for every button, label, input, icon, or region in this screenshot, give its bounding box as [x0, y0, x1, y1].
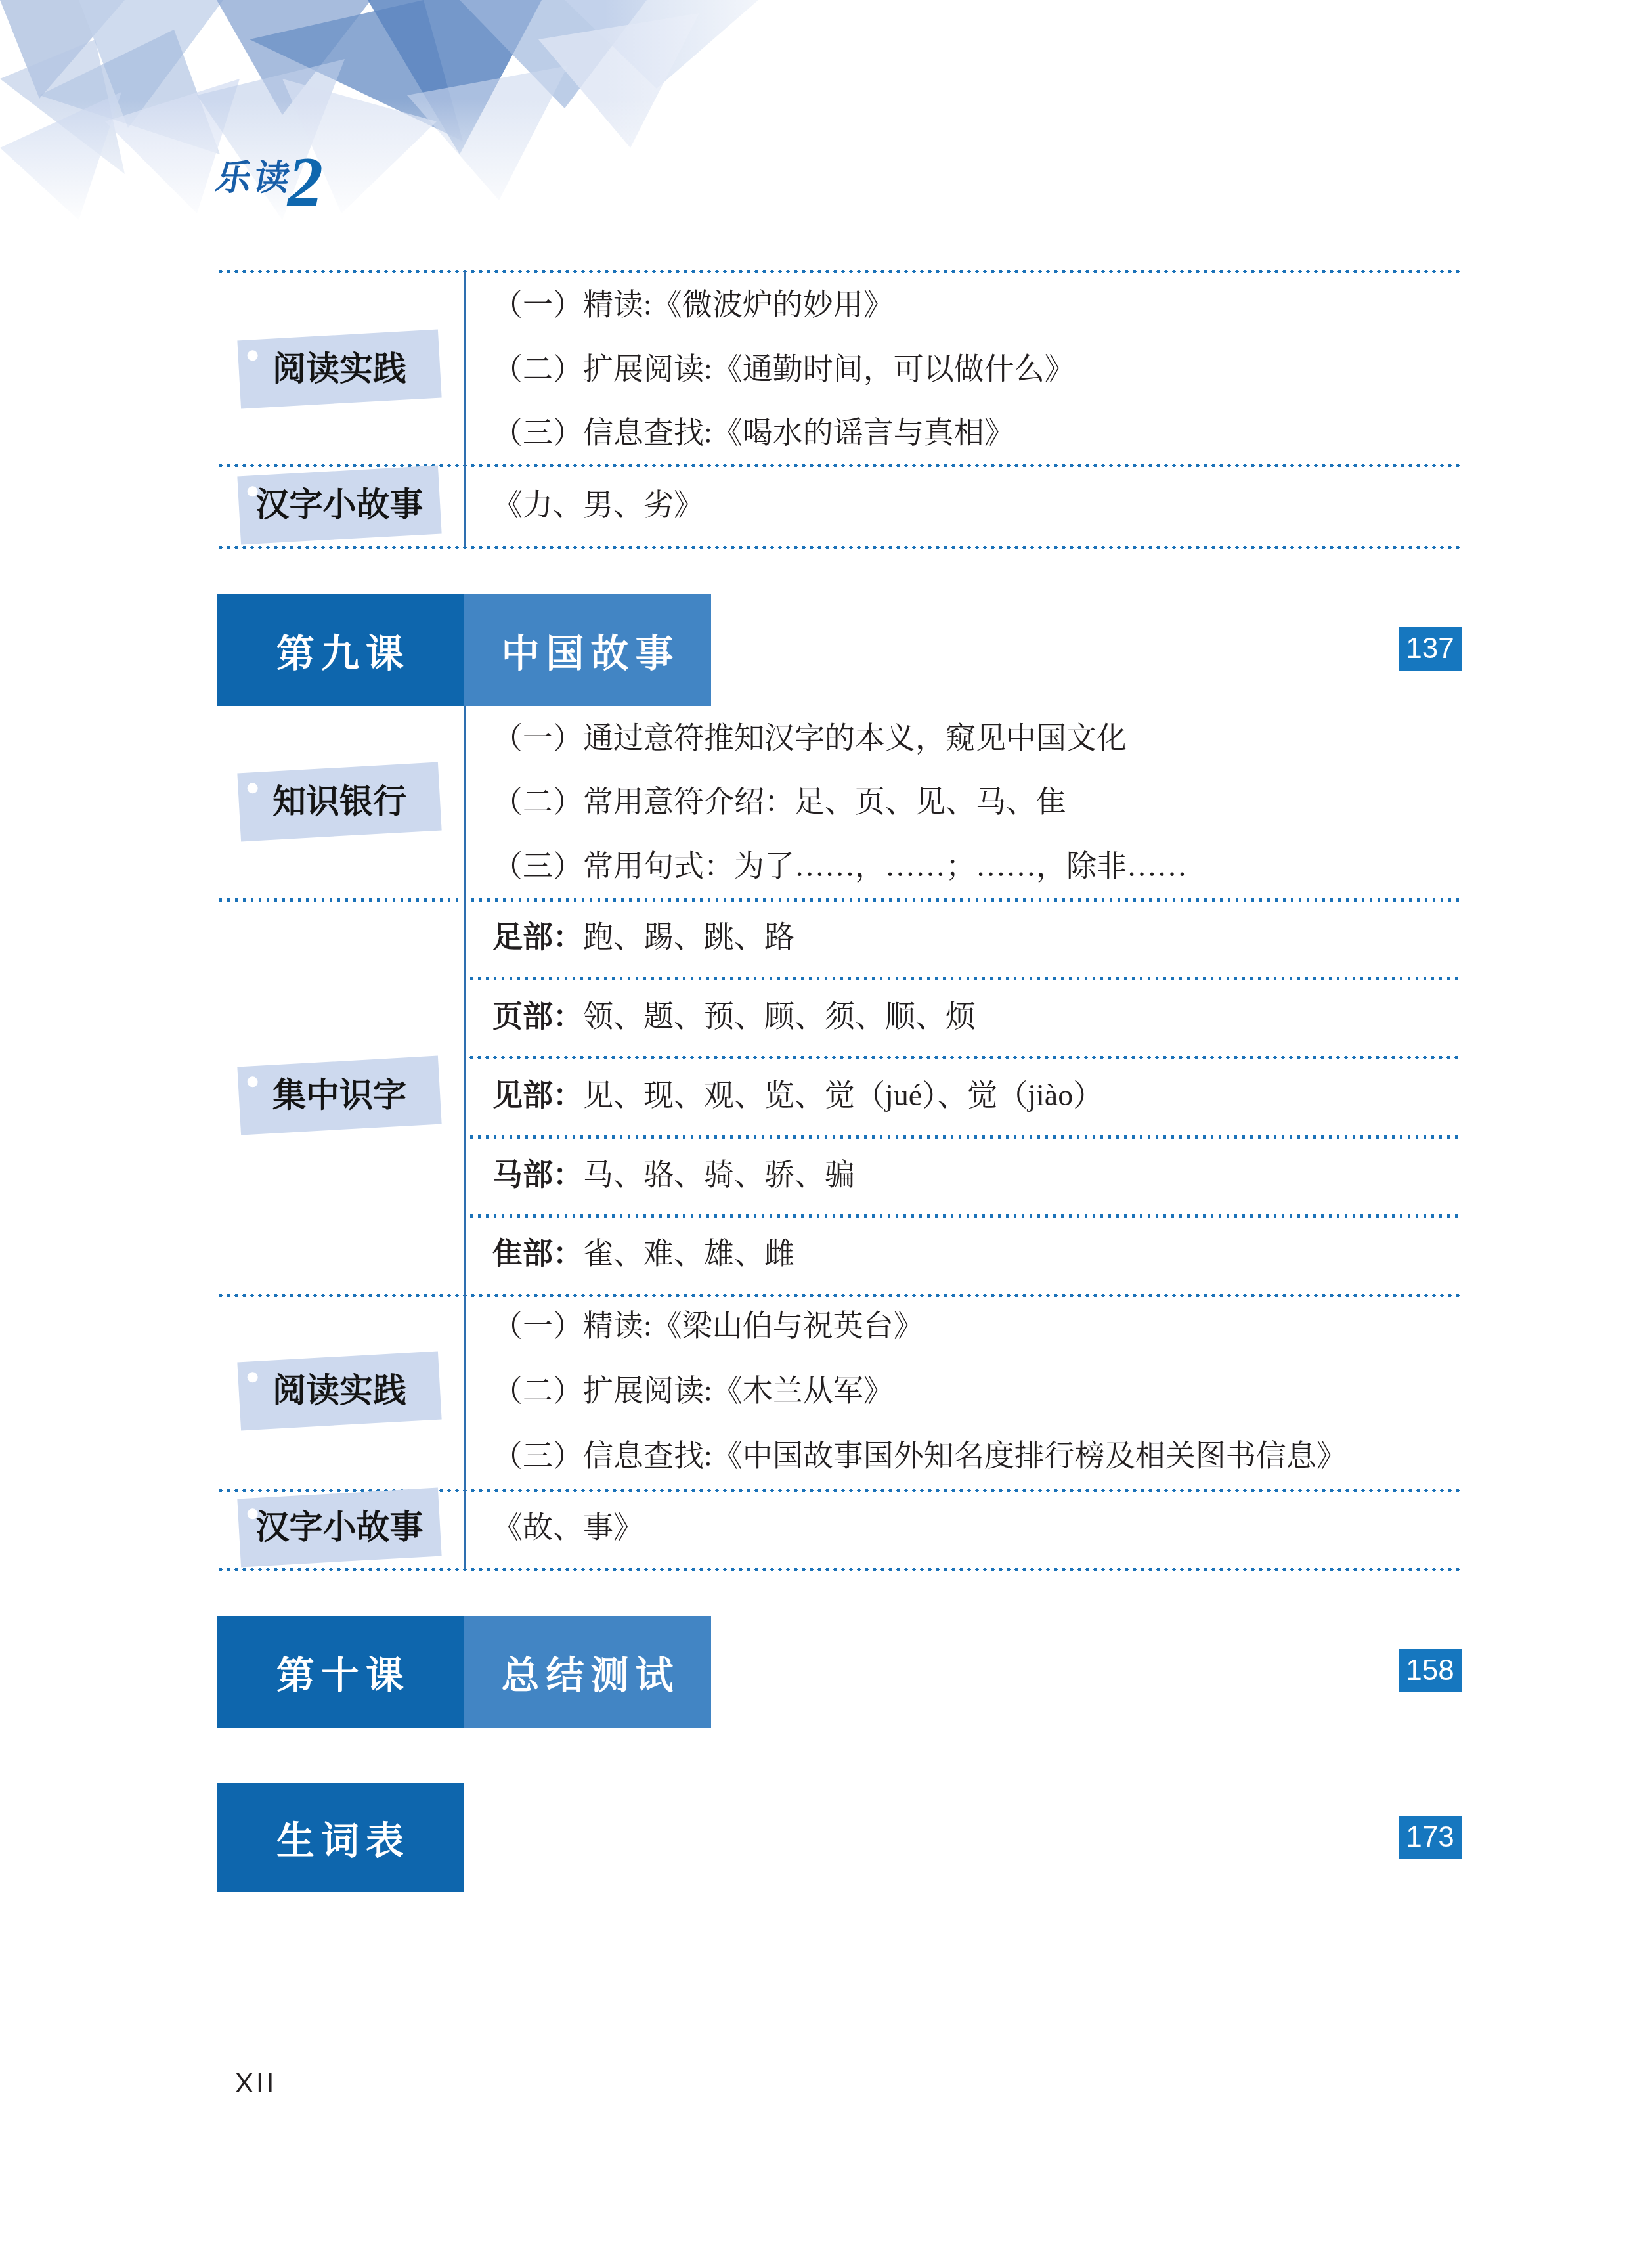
series-name: 乐读 [212, 150, 297, 200]
toc-entry: 页部：领、题、预、顾、须、顺、烦 [492, 1000, 1462, 1034]
lesson-title-box: 总结测试 [464, 1616, 711, 1728]
radical-label: 见部： [492, 1078, 583, 1112]
dotted-separator [217, 1567, 1462, 1572]
tag-knowledge-bank: 知识银行 [239, 768, 440, 836]
tag-label: 汉字小故事 [239, 471, 440, 539]
vocabulary-header: 生词表 173 [217, 1783, 1462, 1892]
radical-label: 足部： [492, 920, 583, 954]
tag-label: 知识银行 [239, 768, 440, 836]
toc-entry: （一）精读:《梁山伯与祝英台》 [492, 1309, 1462, 1343]
lesson-number-box: 第九课 [217, 594, 464, 706]
radical-label: 隹部： [492, 1237, 583, 1270]
toc-entry: （三）信息查找:《喝水的谣言与真相》 [492, 416, 1462, 450]
tag-label: 集中识字 [239, 1061, 440, 1130]
toc-entry: 隹部：雀、难、雄、雌 [492, 1237, 1462, 1271]
toc-entry: 马部：马、骆、骑、骄、骗 [492, 1158, 1462, 1192]
series-volume-number: 2 [288, 142, 323, 223]
tag-label: 阅读实践 [239, 335, 440, 403]
toc-page: 乐读 2 阅读实践 （一）精读:《微波炉的妙用》 （二）扩展阅读:《通勤时间，可… [0, 0, 1652, 2265]
tag-character-story: 汉字小故事 [239, 471, 440, 539]
radical-characters: 见、现、观、览、觉（jué）、觉（jiào） [583, 1078, 1103, 1112]
toc-entry: 足部：跑、踢、跳、路 [492, 920, 1462, 954]
lesson-title-box: 中国故事 [464, 594, 711, 706]
toc-entry: 见部：见、现、观、览、觉（jué）、觉（jiào） [492, 1078, 1462, 1112]
radical-label: 马部： [492, 1158, 583, 1191]
vocabulary-title-box: 生词表 [217, 1783, 464, 1892]
section-reading-practice-1: 阅读实践 （一）精读:《微波炉的妙用》 （二）扩展阅读:《通勤时间，可以做什么》… [217, 273, 1462, 465]
toc-entry: （二）扩展阅读:《木兰从军》 [492, 1374, 1462, 1408]
toc-entry: （一）精读:《微波炉的妙用》 [492, 288, 1462, 322]
radical-label: 页部： [492, 1000, 583, 1033]
folio-page-number: XII [235, 2067, 276, 2099]
section-character-story-2: 汉字小故事 《故、事》 [217, 1488, 1462, 1567]
lesson9-header: 第九课 中国故事 137 [217, 594, 1462, 706]
tag-reading-practice: 阅读实践 [239, 1357, 440, 1425]
radical-characters: 马、骆、骑、骄、骗 [583, 1158, 855, 1191]
section-knowledge-bank: 知识银行 （一）通过意符推知汉字的本义，窥见中国文化 （二）常用意符介绍：足、页… [217, 706, 1462, 898]
toc-entry: （二）常用意符介绍：足、页、见、马、隹 [492, 785, 1462, 819]
series-logo: 乐读 2 [217, 147, 479, 239]
radical-characters: 跑、踢、跳、路 [583, 920, 794, 954]
toc-entry: （二）扩展阅读:《通勤时间，可以做什么》 [492, 352, 1462, 386]
page-number-badge: 137 [1399, 627, 1462, 671]
section-reading-practice-2: 阅读实践 （一）精读:《梁山伯与祝英台》 （二）扩展阅读:《木兰从军》 （三）信… [217, 1293, 1462, 1488]
dotted-separator [217, 545, 1462, 550]
toc-entry: （三）常用句式：为了……，……；……，除非…… [492, 849, 1462, 883]
tag-reading-practice: 阅读实践 [239, 335, 440, 403]
tag-label: 汉字小故事 [239, 1493, 440, 1562]
page-number-badge: 173 [1399, 1816, 1462, 1859]
page-number-badge: 158 [1399, 1649, 1462, 1692]
section-concentrated-literacy: 集中识字 足部：跑、踢、跳、路 页部：领、题、预、顾、须、顺、烦 见部：见、现、… [217, 898, 1462, 1293]
tag-concentrated-literacy: 集中识字 [239, 1061, 440, 1130]
tag-label: 阅读实践 [239, 1357, 440, 1425]
radical-characters: 领、题、预、顾、须、顺、烦 [583, 1000, 976, 1033]
toc-entry: （一）通过意符推知汉字的本义，窥见中国文化 [492, 721, 1462, 755]
lesson-number-box: 第十课 [217, 1616, 464, 1728]
lesson10-header: 第十课 总结测试 158 [217, 1616, 1462, 1728]
tag-character-story: 汉字小故事 [239, 1493, 440, 1562]
toc-entry: （三）信息查找:《中国故事国外知名度排行榜及相关图书信息》 [492, 1439, 1462, 1473]
toc-entry: 《力、男、劣》 [492, 488, 1462, 522]
radical-characters: 雀、难、雄、雌 [583, 1237, 794, 1270]
section-character-story-1: 汉字小故事 《力、男、劣》 [217, 465, 1462, 545]
toc-entry: 《故、事》 [492, 1510, 1462, 1545]
